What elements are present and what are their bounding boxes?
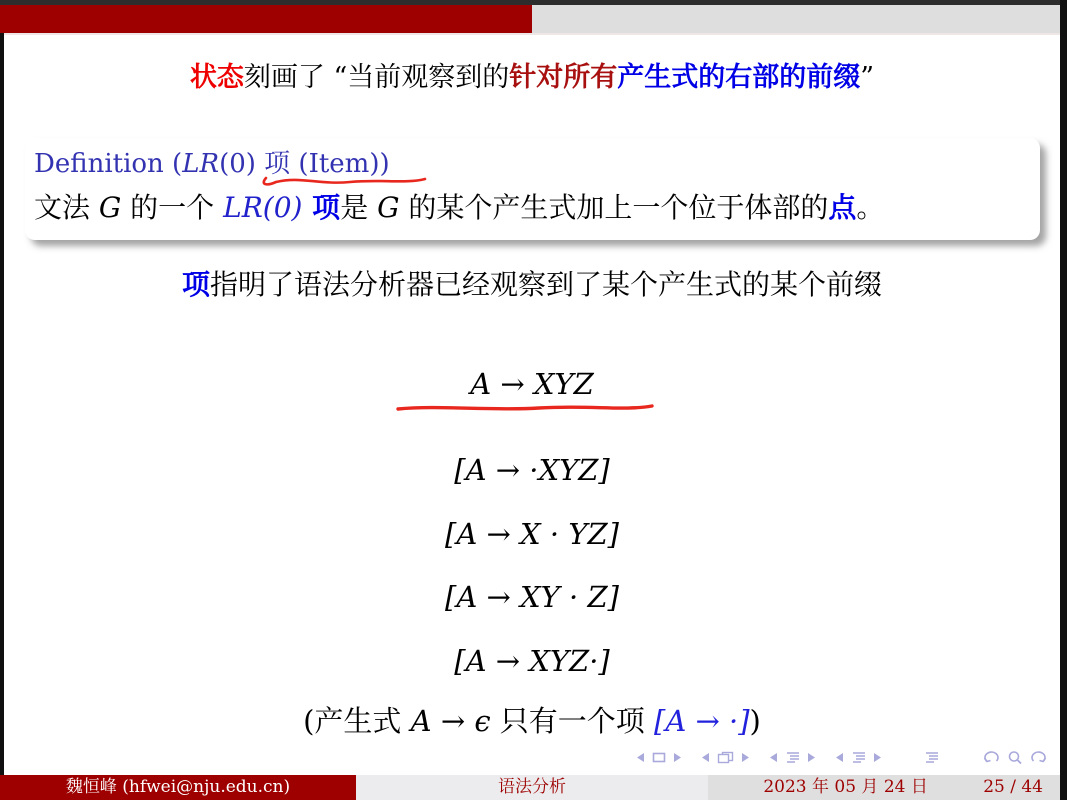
- red-underline-production: [394, 400, 660, 416]
- footer-author: 魏恒峰 (hfwei@nju.edu.cn): [0, 775, 356, 800]
- nav-subsection-next-icon[interactable]: [807, 752, 816, 763]
- beamer-navigation: [636, 747, 1049, 767]
- nav-subsection-prev-icon[interactable]: [769, 752, 778, 763]
- letterbox-right-strip: [1060, 0, 1067, 800]
- lr0-item-2: [A → X · YZ]: [4, 516, 1060, 552]
- epsilon-item-blue: [A → ·]: [654, 704, 750, 738]
- nav-frame-icon[interactable]: [717, 751, 734, 764]
- dot-term-blue: 点: [828, 191, 856, 224]
- underlined-term: 项 (Item): [264, 143, 379, 180]
- body-text: 是: [340, 191, 377, 224]
- title-alert-term: 状态: [190, 62, 244, 93]
- note-text: 只有一个项: [491, 704, 654, 738]
- definition-block: Definition (LR(0) 项 (Item)) 文法 G 的一个 LR(…: [25, 138, 1040, 240]
- epsilon-production: A → ϵ: [411, 704, 491, 738]
- footer-right-panel: 2023 年 05 月 24 日 25 / 44: [708, 775, 1067, 800]
- nav-forward-icon[interactable]: [1030, 750, 1049, 765]
- presentation-slide: 状态刻画了 “当前观察到的针对所有产生式的右部的前缀” Definition (…: [0, 0, 1067, 800]
- body-text: 的一个: [121, 191, 223, 224]
- nav-frame-next-icon[interactable]: [741, 752, 750, 763]
- nav-slide-prev-icon[interactable]: [636, 752, 645, 763]
- body-text: 的某个产生式加上一个位于体部的: [399, 191, 828, 224]
- definition-word: Definition (: [34, 149, 182, 179]
- explanation-text: 指明了语法分析器已经观察到了某个产生式的某个前缀: [210, 268, 882, 301]
- nav-section-next-icon[interactable]: [873, 752, 882, 763]
- title-close-quote: ”: [860, 62, 874, 93]
- title-blue-term: 产生式的右部的前缀: [617, 62, 860, 93]
- nav-slide-icon[interactable]: [652, 752, 666, 763]
- nav-search-icon[interactable]: [1007, 750, 1023, 765]
- definition-block-body: 文法 G 的一个 LR(0) 项是 G 的某个产生式加上一个位于体部的点。: [34, 186, 884, 226]
- lr0-term: LR(0): [223, 191, 302, 224]
- lr0-item-1: [A → ·XYZ]: [4, 452, 1060, 488]
- grammar-g: G: [99, 191, 121, 224]
- item-explanation-line: 项指明了语法分析器已经观察到了某个产生式的某个前缀: [4, 263, 1060, 303]
- body-period: 。: [856, 191, 884, 224]
- item-term-blue: 项: [182, 268, 210, 301]
- lr0-item-4: [A → XYZ·]: [4, 643, 1060, 679]
- header-bar-hairline: [0, 33, 1060, 35]
- header-bar-red: [0, 5, 532, 33]
- title-plain-text: 刻画了 “当前观察到的: [244, 62, 509, 93]
- definition-block-title: Definition (LR(0) 项 (Item)): [34, 143, 390, 180]
- nav-section-icon[interactable]: [851, 751, 866, 763]
- epsilon-note: (产生式 A → ϵ 只有一个项 [A → ·]): [4, 703, 1060, 739]
- lr0-item-3: [A → XY · Z]: [4, 579, 1060, 615]
- slide-title: 状态刻画了 “当前观察到的针对所有产生式的右部的前缀”: [4, 60, 1060, 96]
- note-text: (产生式: [303, 704, 411, 738]
- nav-slide-next-icon[interactable]: [673, 752, 682, 763]
- nav-presentation-end-icon[interactable]: [924, 751, 939, 763]
- nav-frame-prev-icon[interactable]: [701, 752, 710, 763]
- item-term-blue: 项: [302, 191, 340, 224]
- title-crimson-term: 针对所有: [509, 62, 617, 93]
- footer-bar: 魏恒峰 (hfwei@nju.edu.cn) 语法分析 2023 年 05 月 …: [0, 775, 1067, 800]
- body-text: 文法: [34, 191, 99, 224]
- header-bar-gray: [532, 5, 1060, 33]
- note-close-paren: ): [750, 704, 761, 738]
- nav-subsection-icon[interactable]: [785, 751, 800, 763]
- nav-section-prev-icon[interactable]: [835, 752, 844, 763]
- nav-back-icon[interactable]: [981, 750, 1000, 765]
- footer-date: 2023 年 05 月 24 日: [708, 775, 983, 800]
- footer-section-title: 语法分析: [356, 775, 708, 800]
- production-formula: A → XYZ: [4, 366, 1060, 402]
- footer-page-number: 25 / 44: [983, 775, 1067, 800]
- definition-lr: LR: [182, 149, 219, 179]
- grammar-g: G: [377, 191, 399, 224]
